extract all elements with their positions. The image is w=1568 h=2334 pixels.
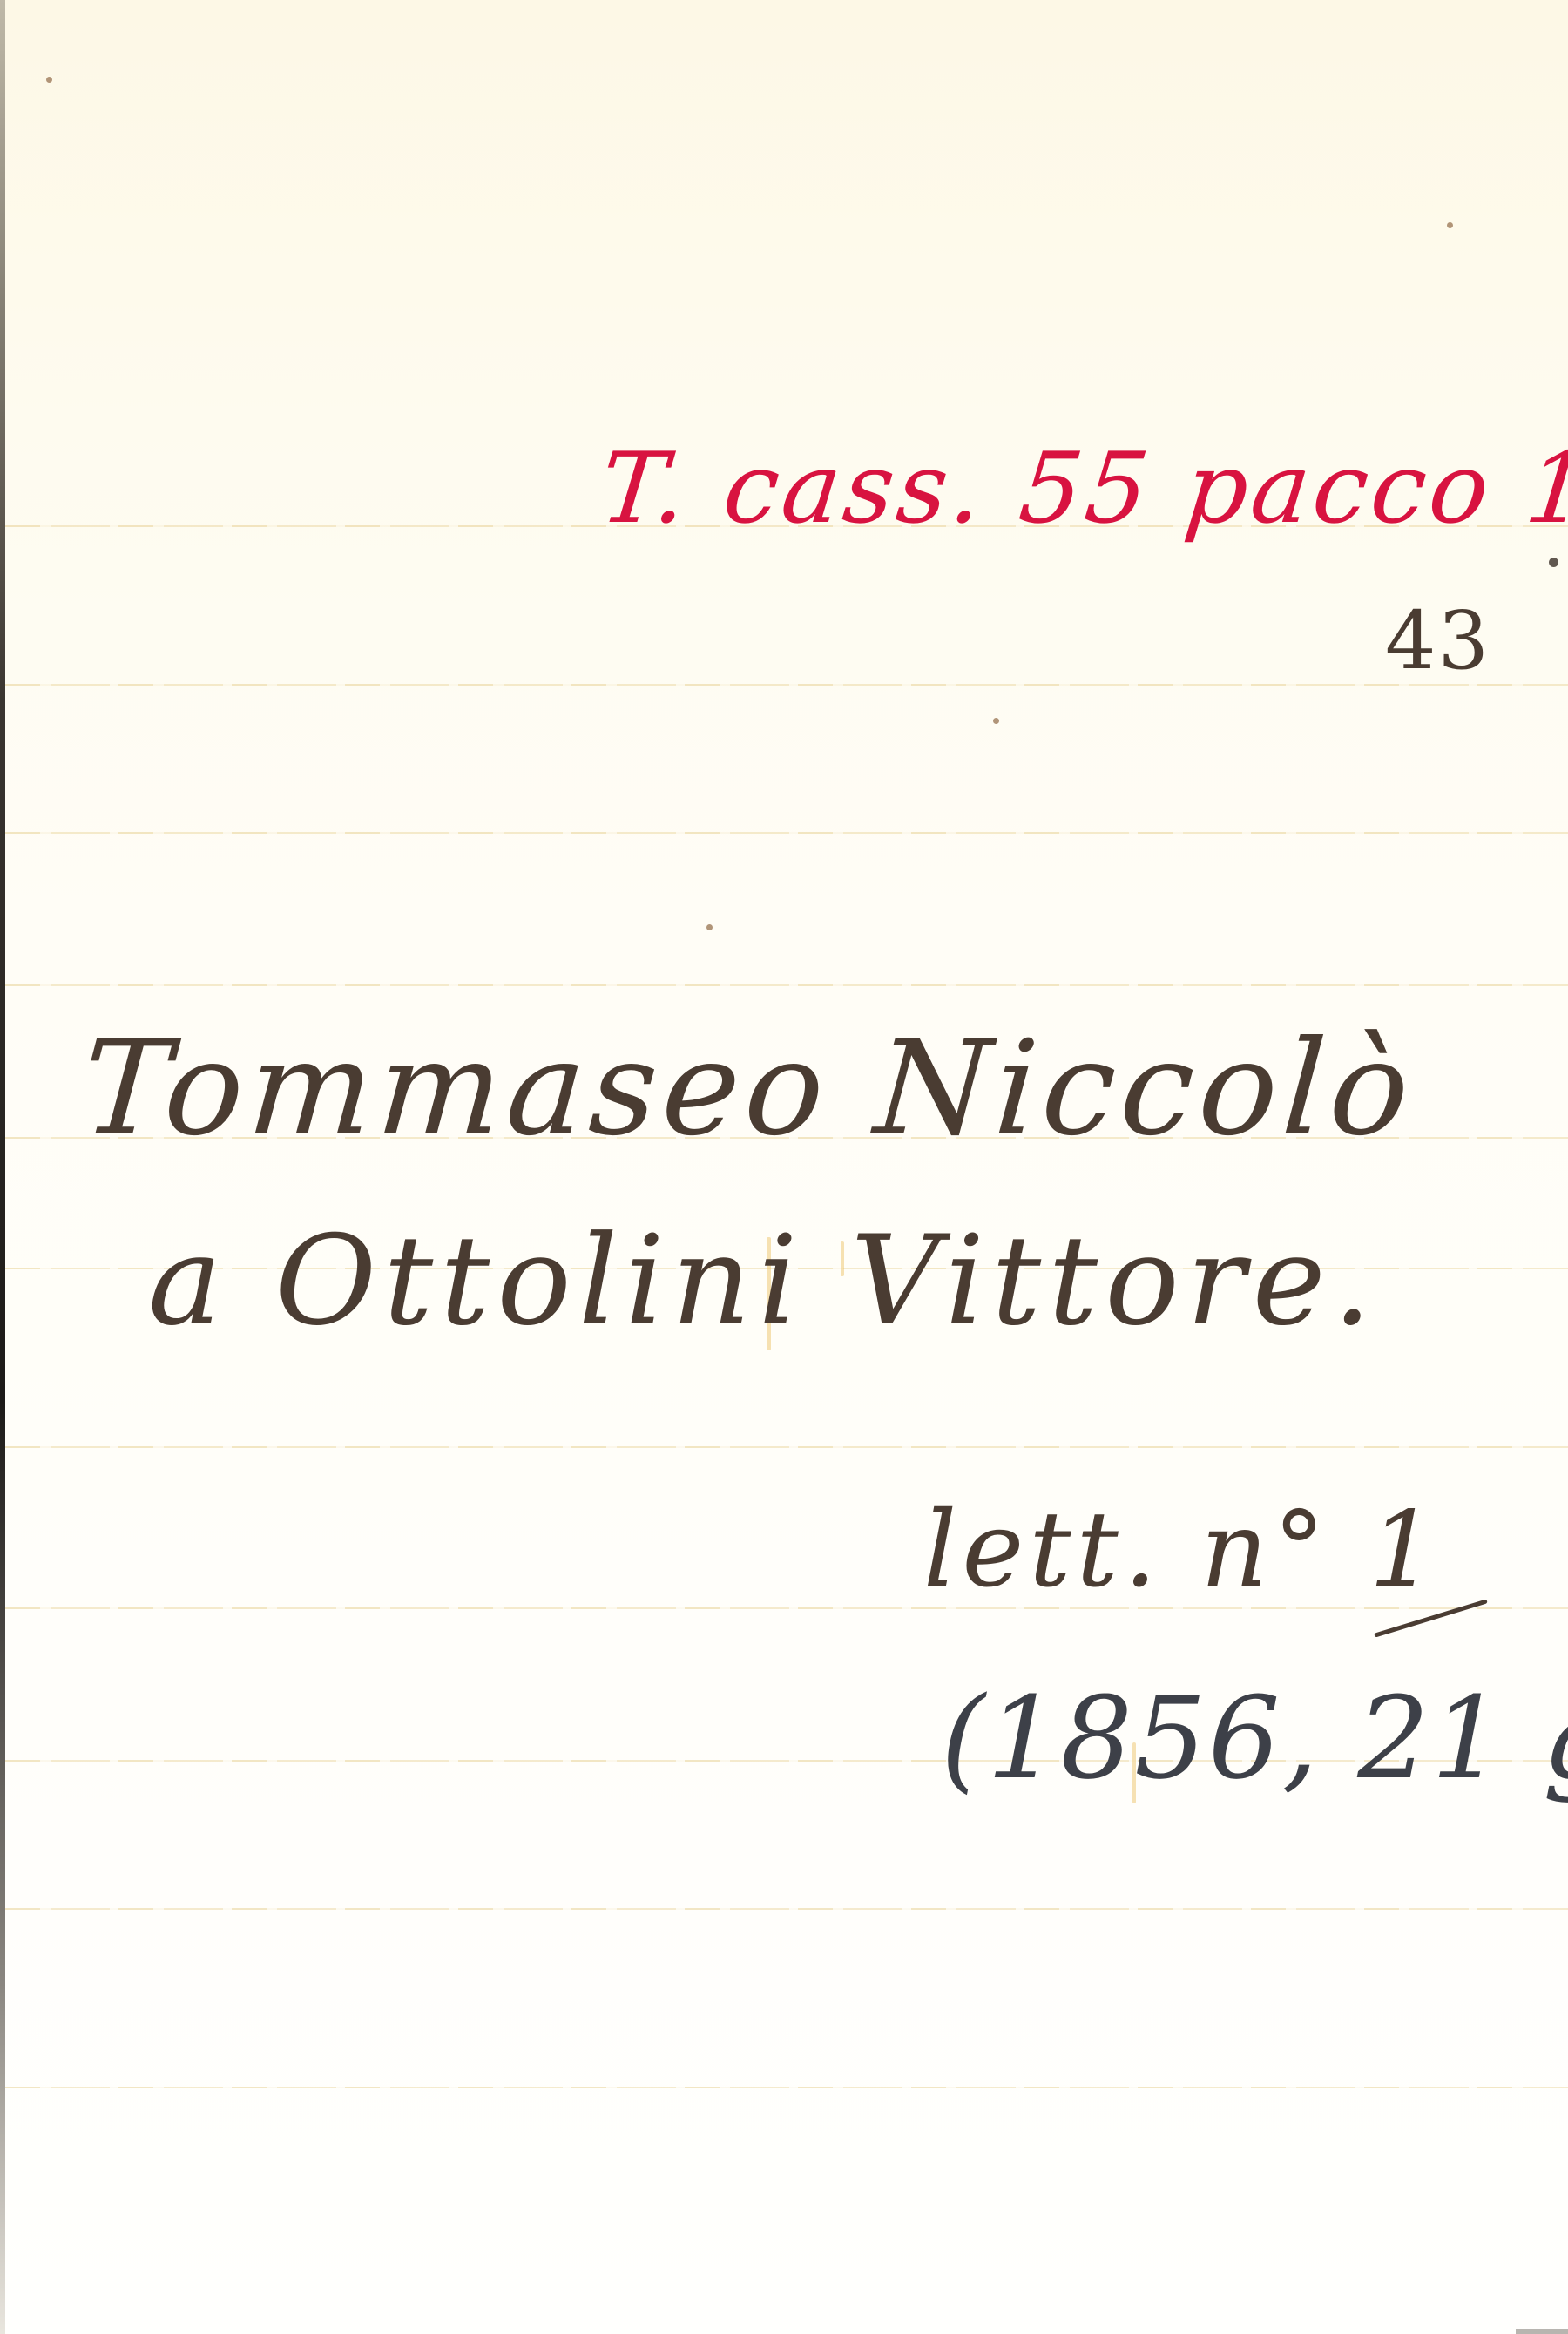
ruled-line — [5, 2087, 1568, 2088]
ruled-line — [5, 1446, 1568, 1448]
ruled-line — [5, 684, 1568, 686]
paper-speck — [1447, 222, 1453, 228]
paper-speck — [46, 77, 52, 83]
scan-left-edge — [0, 0, 5, 2334]
scan-bottom-edge — [1516, 2329, 1568, 2334]
letter-count: lett. n° 1 — [923, 1498, 1441, 1603]
author-name: Tommaseo Niccolò — [78, 1024, 1419, 1154]
index-card: T. cass. 55 pacco 108 43 Tommaseo Niccol… — [0, 0, 1568, 2334]
paper-speck — [993, 718, 999, 724]
shelfmark: T. cass. 55 pacco 108 — [596, 440, 1568, 538]
letter-date: (1856, 21 giug.) — [941, 1681, 1568, 1795]
folder-number: 43 — [1385, 601, 1490, 681]
period-mark — [1549, 558, 1558, 567]
ruled-line — [5, 832, 1568, 834]
recipient-name: a Ottolini Vittore. — [148, 1220, 1379, 1343]
paper-speck — [706, 924, 713, 930]
ruled-line — [5, 984, 1568, 986]
ruled-line — [5, 1908, 1568, 1910]
